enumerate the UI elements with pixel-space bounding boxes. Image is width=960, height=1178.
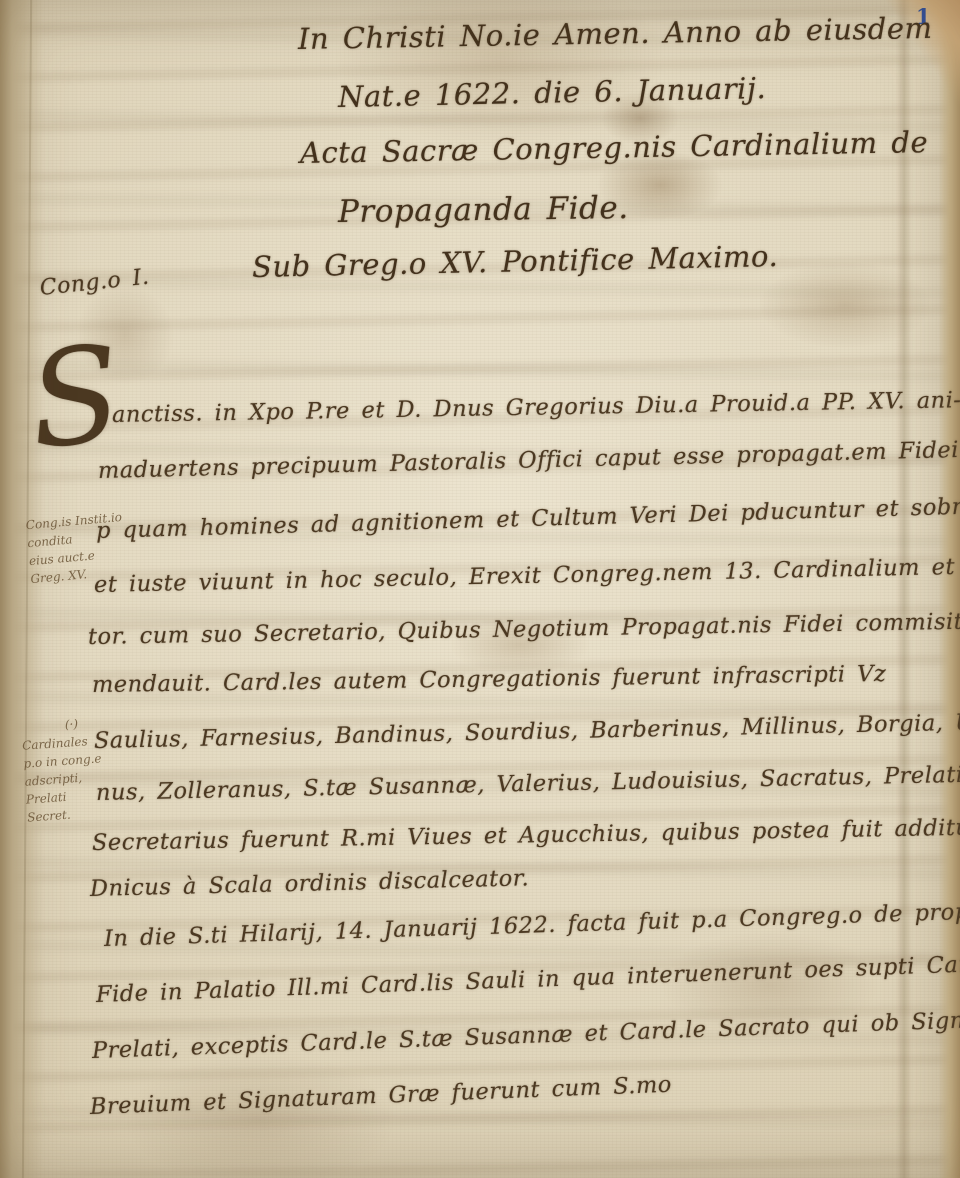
body-line: In die S.ti Hilarij, 14. Januarij 1622. …: [104, 896, 960, 952]
body-line: Breuium et Signaturam Græ fuerunt cum S.…: [90, 1072, 673, 1120]
body-line: mendauit. Card.les autem Congregationis …: [92, 661, 887, 698]
body-line: anctiss. in Xpo P.re et D. Dnus Gregoriu…: [112, 387, 960, 428]
page-edge: [938, 0, 960, 1178]
heading-line: Sub Greg.o XV. Pontifice Maximo.: [252, 239, 779, 284]
body-line: nus, Zolleranus, S.tæ Susannæ, Valerius,…: [96, 760, 960, 806]
margin-congregation-number: Cong.o I.: [39, 265, 151, 301]
body-line: et iuste viuunt in hoc seculo, Erexit Co…: [94, 551, 960, 598]
heading-line: Acta Sacræ Congreg.nis Cardinalium de: [300, 125, 929, 170]
body-line: tor. cum suo Secretario, Quibus Negotium…: [88, 607, 960, 650]
manuscript-page: 1 In Christi No.ie Amen. Anno ab eiusdem…: [0, 0, 960, 1178]
body-line: Secretarius fuerunt R.mi Viues et Agucch…: [92, 813, 960, 856]
fold-crease: [22, 0, 32, 1178]
body-line: p quam homines ad agnitionem et Cultum V…: [96, 491, 960, 544]
heading-line: Nat.e 1622. die 6. Januarij.: [338, 71, 767, 114]
binding-edge: [0, 0, 44, 1178]
decorated-initial: S: [23, 328, 127, 469]
body-line: Saulius, Farnesius, Bandinus, Sourdius, …: [94, 708, 960, 754]
body-line: maduertens precipuum Pastoralis Offici c…: [98, 434, 960, 484]
heading-line: Propaganda Fide.: [338, 190, 629, 230]
fold-crease: [896, 0, 912, 1178]
body-line: Fide in Palatio Ill.mi Card.lis Sauli in…: [96, 948, 960, 1008]
body-line: Dnicus à Scala ordinis discalceator.: [90, 865, 530, 902]
heading-line: In Christi No.ie Amen. Anno ab eiusdem: [298, 11, 933, 56]
body-line: Prelati, exceptis Card.le S.tæ Susannæ e…: [92, 1005, 960, 1064]
